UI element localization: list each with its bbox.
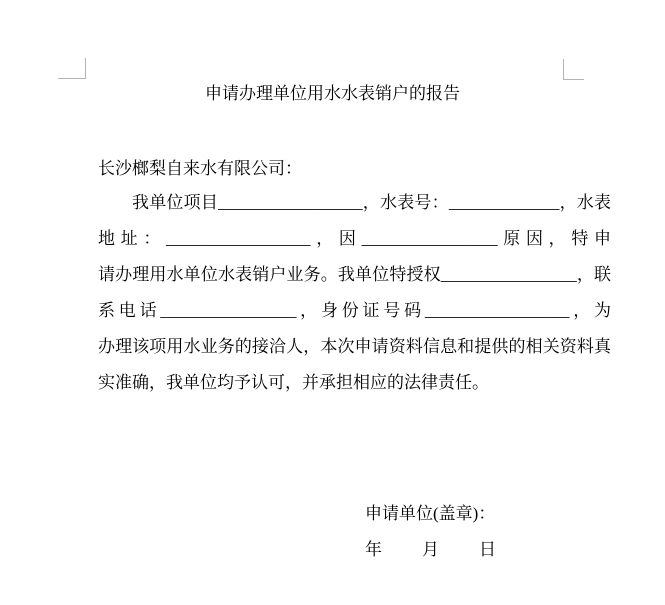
date-line: 年 月 日: [365, 539, 496, 561]
body-line-4: 系电话________________，身份证号码_______________…: [98, 293, 611, 329]
body-line-5: 办理该项用水业务的接洽人，本次申请资料信息和提供的相关资料真: [98, 329, 611, 365]
body-line-2: 地址：_________________，因________________原因…: [98, 221, 611, 257]
body-line-6: 实准确，我单位均予认可，并承担相应的法律责任。: [98, 365, 611, 401]
document-page: 申请办理单位用水水表销户的报告 长沙榔梨自来水有限公司： 我单位项目______…: [0, 0, 665, 605]
salutation-line: 长沙榔梨自来水有限公司：: [98, 159, 302, 179]
date-month-label: 月: [422, 539, 439, 561]
date-year-label: 年: [365, 539, 382, 561]
signature-label: 申请单位(盖章)：: [365, 503, 495, 525]
body-line-1: 我单位项目_________________，水表号：_____________…: [98, 185, 611, 221]
document-title: 申请办理单位用水水表销户的报告: [0, 84, 665, 104]
body-line-3: 请办理用水单位水表销户业务。我单位特授权________________，联: [98, 257, 611, 293]
body-paragraph: 我单位项目_________________，水表号：_____________…: [98, 185, 611, 401]
text-boundary-mark-top-left-icon: [58, 58, 86, 79]
text-boundary-mark-top-right-icon: [563, 59, 584, 80]
date-day-label: 日: [479, 539, 496, 561]
